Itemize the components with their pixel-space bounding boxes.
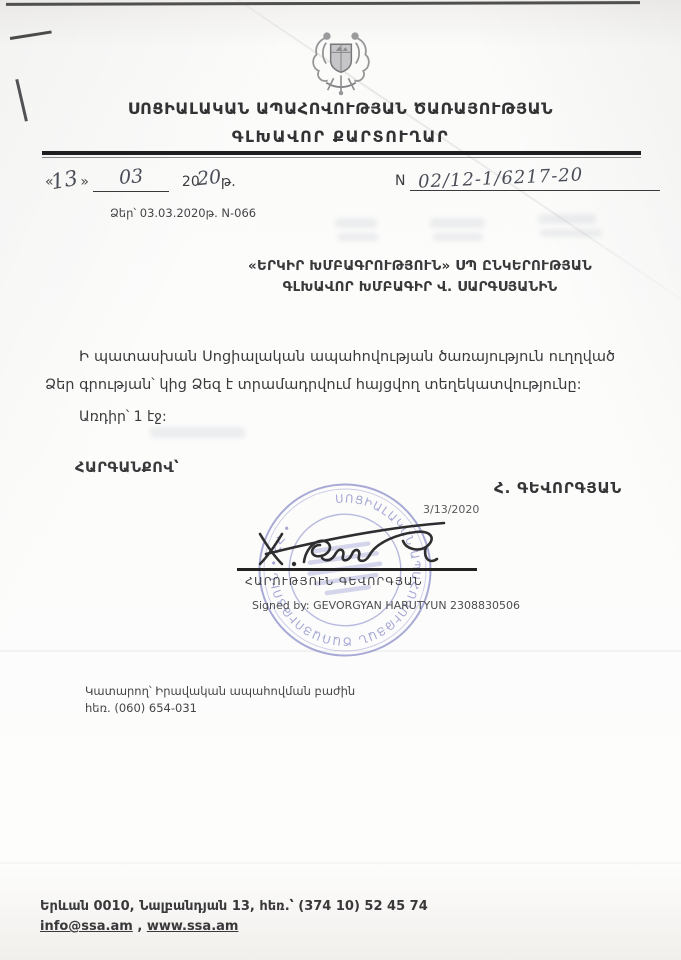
executor-phone: հեռ. (060) 654-031 — [85, 700, 355, 717]
date-line: « 13 » 03 2020թ. — [45, 169, 236, 192]
footer-address: Երևան 0010, Նալբանդյան 13, հեռ.՝ (374 10… — [40, 899, 428, 914]
executor-block: Կատարող՝ Իրավական ապահովման բաժին հեռ. (… — [85, 683, 355, 717]
footer-contacts: info@ssa.am , www.ssa.am — [40, 919, 238, 934]
addressee-line2: ԳԼԽԱՎՈՐ ԽՄԲԱԳԻՐ Վ. ՍԱՐԳՍՅԱՆԻՆ — [160, 277, 680, 298]
bleedthrough-artifact — [540, 229, 602, 237]
addressee-block: «ԵՐԿԻՐ ԽՄԲԱԳՐՈՒԹՅՈՒՆ» ՍՊ ԸՆԿԵՐՈՒԹՅԱՆ ԳԼԽ… — [160, 256, 680, 298]
bleedthrough-artifact — [335, 218, 377, 228]
close-quote: » — [80, 174, 89, 190]
letterhead-rule-shadow — [42, 157, 641, 158]
scan-edge-artifact — [6, 1, 640, 6]
bleedthrough-artifact — [433, 233, 483, 241]
bleedthrough-artifact — [430, 218, 485, 228]
org-subtitle: ԳԼԽԱՎՈՐ ՔԱՐՏՈՒՂԱՐ — [0, 127, 681, 146]
handwritten-ref-number: 02/12-1/6217-20 — [418, 164, 584, 192]
footer-separator: , — [133, 919, 147, 934]
reference-line: N 02/12-1/6217-20 — [395, 169, 660, 191]
executor-line1: Կատարող՝ Իրավական ապահովման բաժին — [85, 683, 355, 700]
bleedthrough-artifact — [338, 233, 378, 241]
your-reference: Ձեր՝ 03.03.2020թ. N-066 — [110, 206, 256, 220]
attachment-note: Առդիր՝ 1 էջ: — [79, 409, 167, 425]
website-link[interactable]: www.ssa.am — [147, 919, 239, 934]
body-paragraph: Ի պատասխան Սոցիալական ապահովության ծառայ… — [45, 343, 615, 399]
ref-blank: 02/12-1/6217-20 — [410, 169, 660, 191]
signer-short-name: Հ. ԳԵՎՈՐԳՅԱՆ — [494, 479, 622, 497]
handwritten-year: 20 — [196, 166, 222, 190]
letterhead-rule — [42, 151, 641, 155]
bleedthrough-artifact — [538, 214, 596, 224]
bleedthrough-artifact — [150, 427, 245, 438]
scan-mark-artifact — [10, 30, 52, 39]
paper-crease — [0, 862, 681, 864]
signature-line — [237, 568, 477, 571]
respectfully-label: ՀԱՐԳԱՆՔՈՎ՝ — [75, 460, 179, 476]
armenia-coat-of-arms-icon — [304, 26, 378, 102]
email-link[interactable]: info@ssa.am — [40, 919, 133, 934]
handwritten-day: 13 — [49, 166, 79, 194]
org-title: ՍՈՑԻԱԼԱԿԱՆ ԱՊԱՀՈՎՈՒԹՅԱՆ ԾԱՌԱՅՈՒԹՅԱՆ — [0, 99, 681, 118]
scanned-letter-page: ՍՈՑԻԱԼԱԿԱՆ ԱՊԱՀՈՎՈՒԹՅԱՆ ԾԱՌԱՅՈՒԹՅԱՆ ԳԼԽԱ… — [0, 0, 681, 960]
month-blank: 03 — [93, 169, 169, 192]
year-suffix: թ. — [221, 174, 236, 190]
signer-full-name: ՀԱՐՈՒԹՅՈՒՆ ԳԵՎՈՐԳՅԱՆ — [245, 575, 423, 588]
digital-signature-note: Signed by: GEVORGYAN HARUTYUN 2308830506 — [252, 599, 520, 612]
ref-label: N — [395, 173, 405, 189]
handwritten-month: 03 — [119, 165, 145, 189]
addressee-line1: «ԵՐԿԻՐ ԽՄԲԱԳՐՈՒԹՅՈՒՆ» ՍՊ ԸՆԿԵՐՈՒԹՅԱՆ — [160, 256, 680, 277]
